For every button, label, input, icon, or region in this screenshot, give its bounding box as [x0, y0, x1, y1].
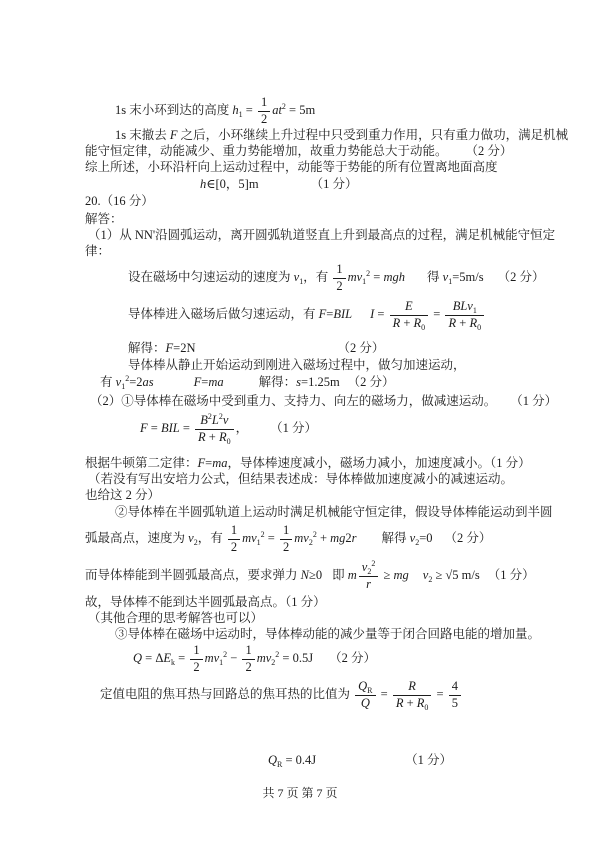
part2-1-text: （2）①导体棒在磁场中受到重力、支持力、向左的磁场力，做减速运动。（1 分） [90, 393, 557, 409]
height-range-formula: h∈[0，5]m（1 分） [200, 176, 357, 192]
heat-ratio-formula: 定值电阻的焦耳热与回路总的焦耳热的比值为 QRQ = RR + R0 = 45 [100, 680, 463, 711]
spacer [405, 280, 427, 281]
fraction: ER + R0 [390, 300, 429, 331]
fraction: 12 [333, 263, 345, 294]
fraction: BLv1R + R0 [445, 300, 484, 331]
alternative-note: （其他合理的思考解答也可以） [88, 610, 263, 626]
part1-text-2: 律： [85, 243, 110, 259]
spacer [154, 385, 194, 386]
answer-label: 解答： [85, 211, 123, 227]
spacer [448, 154, 466, 155]
h1-height-formula: 1s 末小环到达的高度 h1 = 12at2 = 5m [115, 96, 315, 127]
spacer [484, 280, 498, 281]
question-20-header: 20.（16 分） [85, 193, 154, 209]
spacer [322, 578, 332, 579]
fraction: 12 [280, 524, 292, 555]
centripetal-condition-formula: 而导体棒能到半圆弧最高点，要求弹力 N≥0即 mv22r ≥ mgv2 ≥ √5… [85, 561, 535, 592]
fraction: RR + R0 [393, 680, 432, 711]
summary-text: 综上所述，小环沿杆向上运动过程中，动能等于势能的所有位置离地面高度 [85, 159, 498, 175]
fraction: QRQ [355, 680, 375, 711]
fraction: v22r [359, 561, 379, 592]
spacer [496, 404, 510, 405]
force-result: 解得：F=2N（2 分） [128, 340, 384, 356]
fraction: 12 [258, 96, 270, 127]
spacer [195, 351, 337, 352]
remove-force-text-1: 1s 末撤去 F 之后，小环继续上升过程中只受到重力作用，只有重力做功，满足机械 [115, 127, 568, 143]
kinematics-formula: 有 v12=2asF=ma解得：s=1.25m（2 分） [100, 374, 395, 390]
note-text-2: 也给这 2 分） [85, 487, 160, 503]
fraction: B2L2vR + R0 [195, 414, 234, 445]
fraction: 12 [242, 644, 254, 675]
part2-3-text: ③导体棒在磁场中运动时，导体棒动能的减少量等于闭合回路电能的增加量。 [115, 626, 540, 642]
acceleration-text: 导体棒从静止开始运动到刚进入磁场过程中，做匀加速运动， [128, 357, 466, 373]
spacer [316, 763, 405, 764]
newton-second-law-text: 根据牛顿第二定律：F=ma，导体棒速度减小，磁场力减小，加速度减小。（1 分） [85, 455, 531, 471]
heat-formula: Q = ΔEk = 12mv12 − 12mv22 = 0.5J（2 分） [133, 644, 376, 675]
fraction: 12 [228, 524, 240, 555]
spacer [352, 317, 370, 318]
note-text-1: （若没有写出安培力公式，但结果表述成：导体棒做加速度减小的减速运动。 [88, 471, 513, 487]
spacer [340, 385, 348, 386]
v1-energy-formula: 设在磁场中匀速运动的速度为 v1，有 12mv12 = mgh得 v1=5m/s… [128, 263, 544, 294]
conclusion-text: 故，导体棒不能到达半圆弧最高点。（1 分） [85, 594, 326, 610]
spacer [224, 385, 259, 386]
fraction: 12 [190, 644, 202, 675]
spacer [409, 578, 423, 579]
ampere-force-formula: F = BIL = B2L2vR + R0，（1 分） [140, 414, 317, 445]
remove-force-text-2: 能守恒定律，动能减少、重力势能增加，故重力势能总大于动能。（2 分） [85, 143, 512, 159]
qr-result-formula: QR = 0.4J（1 分） [268, 752, 452, 768]
spacer [259, 187, 311, 188]
page-footer: 共 7 页 第 7 页 [0, 784, 600, 801]
part1-text-1: （1）从 NN'沿圆弧运动，离开圆弧轨道竖直上升到最高点的过程，满足机械能守恒定 [88, 227, 555, 243]
part2-2-text-1: ②导体棒在半圆弧轨道上运动时满足机械能守恒定律，假设导体棒能运动到半圆 [115, 504, 553, 520]
scanned-answer-page: 1s 末小环到达的高度 h1 = 12at2 = 5m1s 末撤去 F 之后，小… [0, 0, 600, 848]
spacer [357, 541, 382, 542]
energy-conservation-formula: 弧最高点，速度为 v2，有 12mv12 = 12mv22 + mg2r解得 v… [85, 524, 491, 555]
spacer [480, 578, 488, 579]
spacer [433, 541, 445, 542]
fraction: 45 [449, 680, 461, 711]
spacer [248, 431, 270, 432]
current-formula: 导体棒进入磁场后做匀速运动，有 F=BILI = ER + R0 = BLv1R… [128, 300, 486, 331]
spacer [313, 661, 329, 662]
